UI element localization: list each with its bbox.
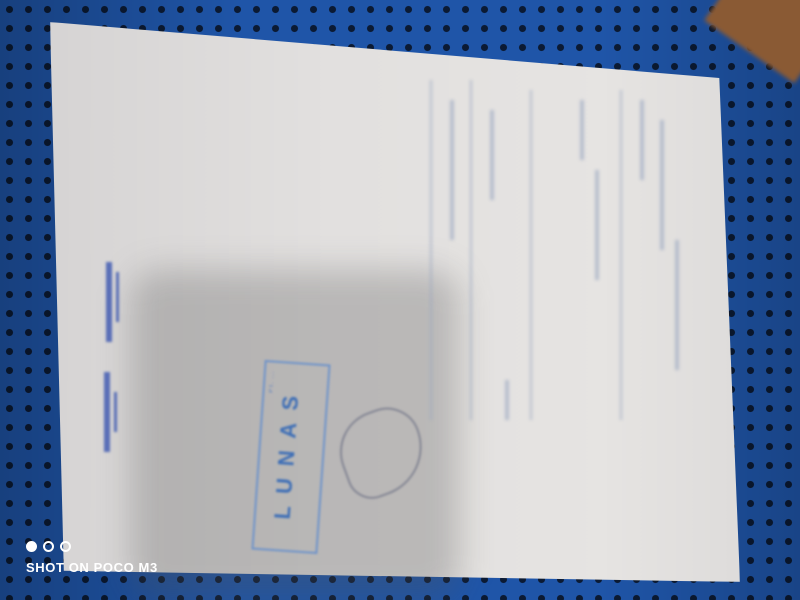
dot-icon [43,541,54,552]
dot-icon [26,541,37,552]
watermark-text: SHOT ON POCO M3 [26,560,158,575]
lunas-stamp: PT. ... LUNAS [251,360,330,554]
camera-watermark: SHOT ON POCO M3 [26,541,158,575]
document-table-text [430,80,710,430]
stamp-subtitle: PT. ... [268,370,276,393]
dot-icon [60,541,71,552]
stamp-text: LUNAS [270,383,305,520]
company-signature-stamp [100,262,150,452]
watermark-dots [26,541,158,552]
